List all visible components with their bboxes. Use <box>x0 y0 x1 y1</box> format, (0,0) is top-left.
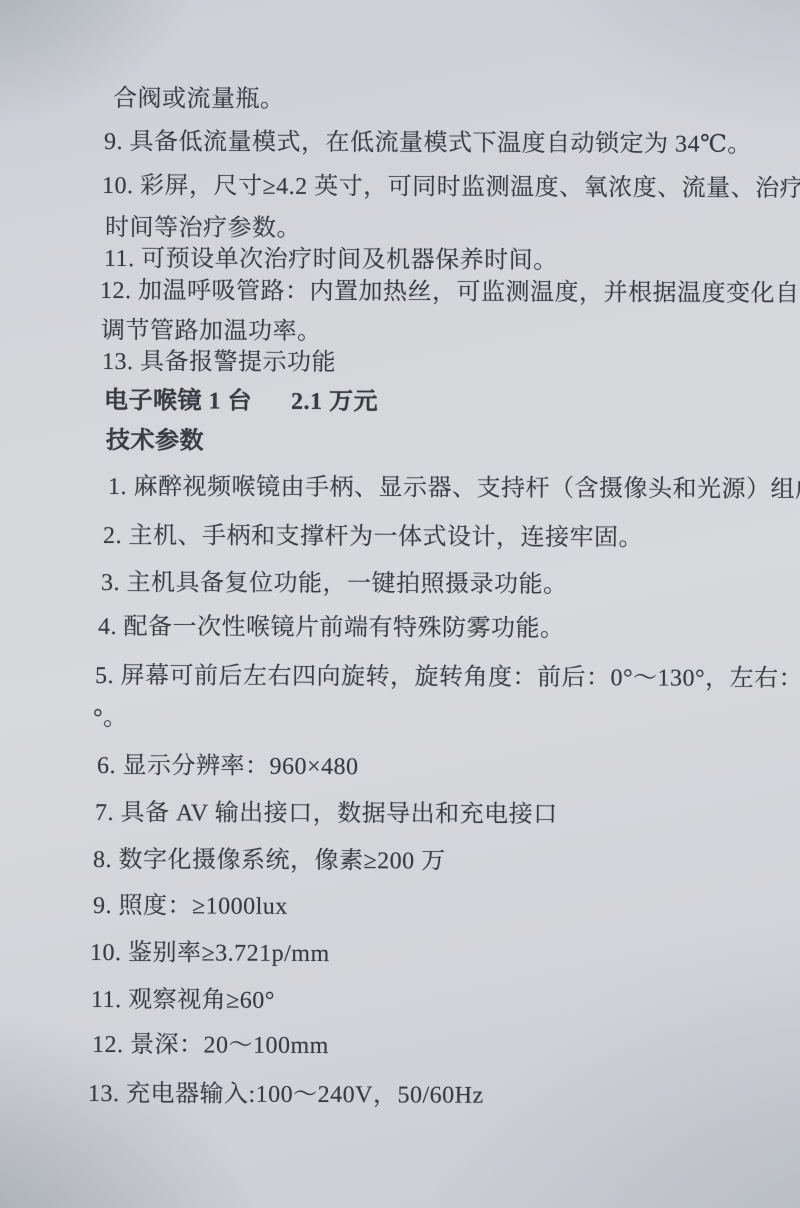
doc-line-item-7: 7. 具备 AV 输出接口，数据导出和充电接口 <box>95 798 558 830</box>
doc-line-item-11: 11. 可预设单次治疗时间及机器保养时间。 <box>104 244 558 276</box>
doc-line-item-11b: 11. 观察视角≥60° <box>91 985 275 1016</box>
doc-line-item-10: 10. 彩屏，尺寸≥4.2 英寸，可同时监测温度、氧浓度、流量、治疗 <box>102 171 800 204</box>
doc-line-section-title: 技术参数 <box>106 426 204 456</box>
doc-line-item-1: 1. 麻醉视频喉镜由手柄、显示器、支持杆（含摄像头和光源）组成。 <box>108 472 800 505</box>
doc-line-continuation: 时间等治疗参数。 <box>105 213 301 244</box>
doc-line-item-6: 6. 显示分辨率：960×480 <box>97 751 359 782</box>
doc-line-item-9: 9. 具备低流量模式，在低流量模式下温度自动锁定为 34℃。 <box>104 127 752 160</box>
doc-line-continuation: 合阀或流量瓶。 <box>113 84 285 115</box>
doc-line-item-9b: 9. 照度：≥1000lux <box>93 891 288 922</box>
doc-line-item-12b: 12. 景深：20～100mm <box>92 1030 329 1061</box>
doc-line-item-10b: 10. 鉴别率≥3.721p/mm <box>90 938 330 969</box>
doc-line-item-8: 8. 数字化摄像系统，像素≥200 万 <box>93 845 446 877</box>
document-photo: 合阀或流量瓶。 9. 具备低流量模式，在低流量模式下温度自动锁定为 34℃。 1… <box>0 0 800 1208</box>
doc-line-continuation: 调节管路加温功率。 <box>101 316 322 347</box>
doc-line-item-4: 4. 配备一次性喉镜片前端有特殊防雾功能。 <box>98 612 565 644</box>
doc-line-continuation: °。 <box>93 703 128 733</box>
doc-line-item-12: 12. 加温呼吸管路：内置加热丝，可监测温度，并根据温度变化自动 <box>100 276 800 309</box>
doc-line-item-13: 13. 具备报警提示功能 <box>102 347 336 378</box>
doc-line-item-3: 3. 主机具备复位功能，一键拍照摄录功能。 <box>101 568 568 600</box>
doc-line-item-13b: 13. 充电器输入:100～240V，50/60Hz <box>88 1079 484 1111</box>
doc-line-item-5: 5. 屏幕可前后左右四向旋转，旋转角度：前后：0°～130°，左右：0°～270 <box>95 661 800 694</box>
doc-line-item-2: 2. 主机、手柄和支撑杆为一体式设计，连接牢固。 <box>103 521 643 553</box>
doc-line-item-price: 电子喉镜 1 台 2.1 万元 <box>104 386 378 417</box>
